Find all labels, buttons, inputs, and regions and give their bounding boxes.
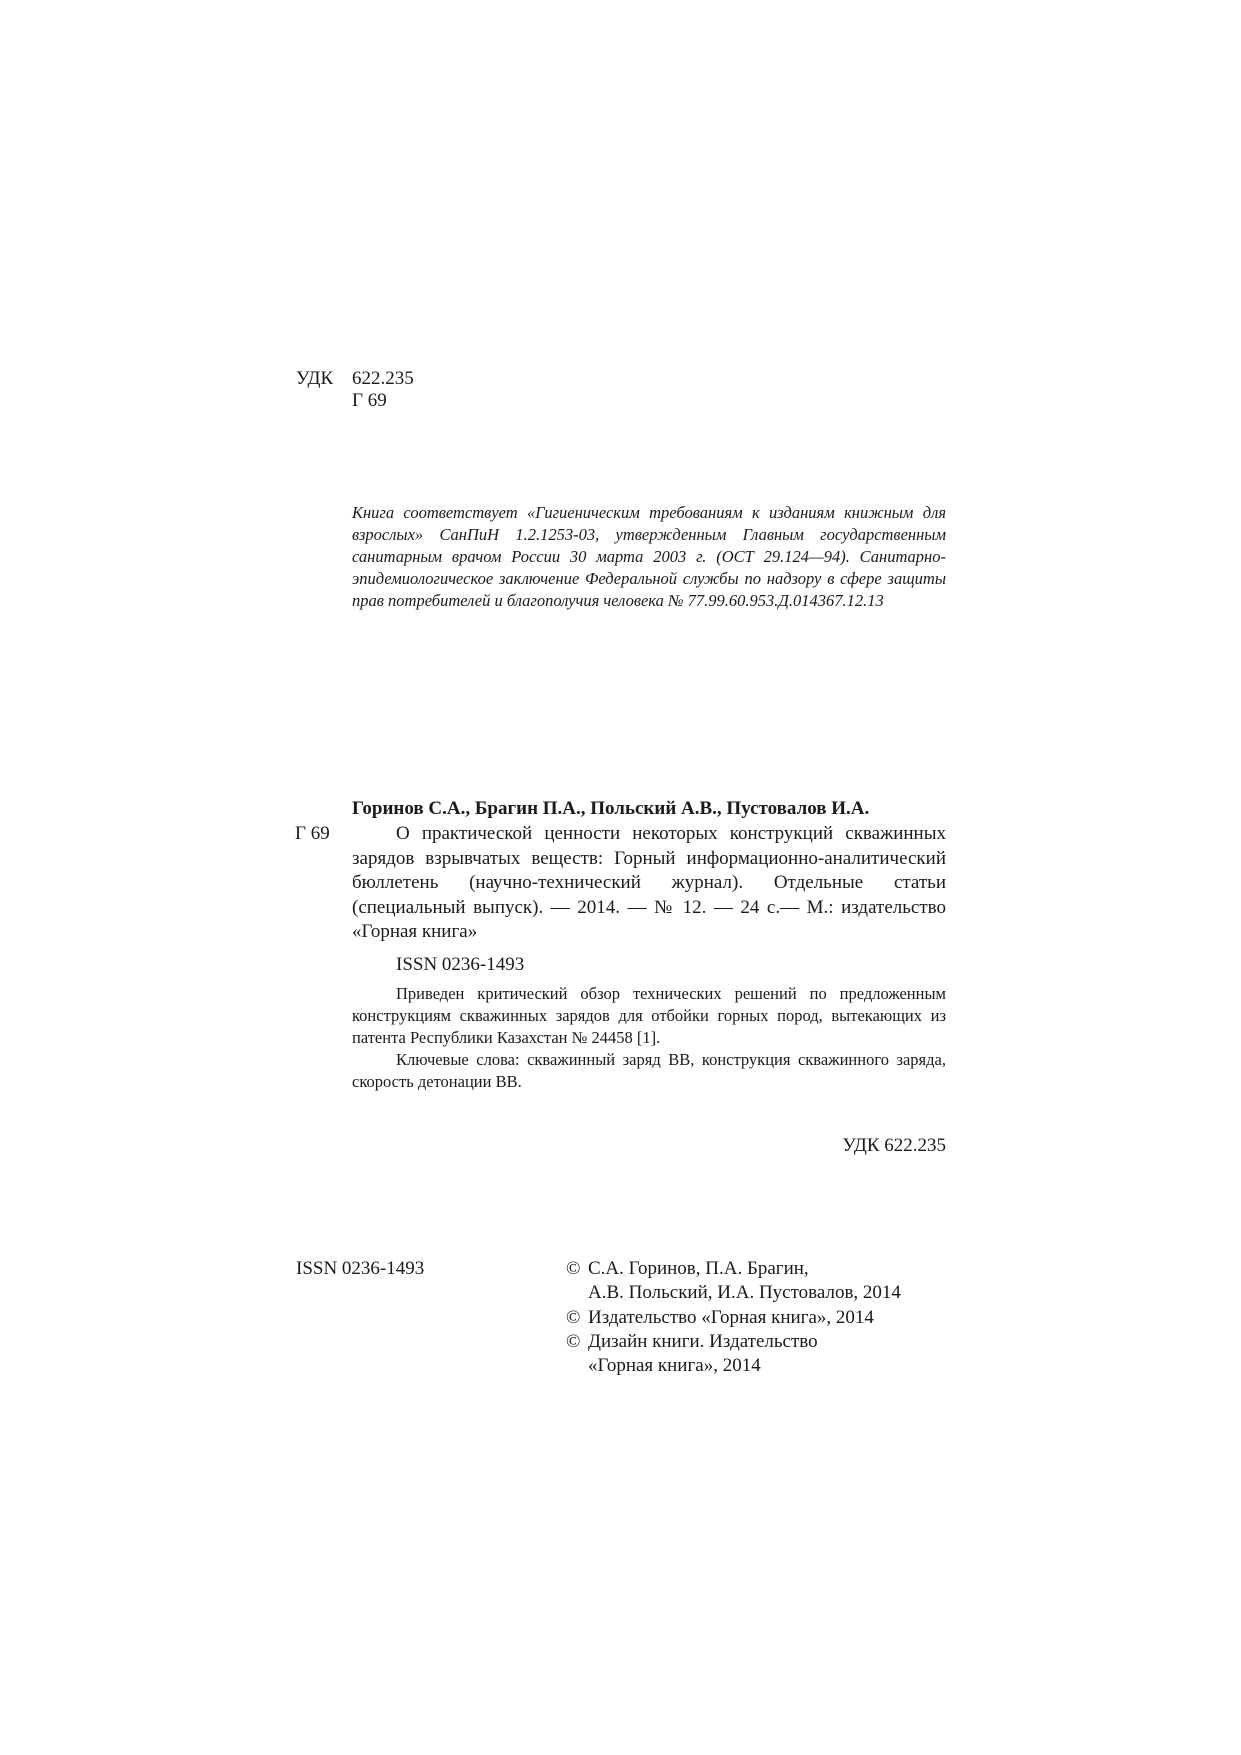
catalog-abstract: Приведен критический обзор технических р… — [352, 983, 946, 1093]
abstract-text: Приведен критический обзор технических р… — [352, 983, 946, 1049]
udk-label: УДК — [296, 368, 352, 390]
udk-code: 622.235 — [352, 368, 414, 389]
copyright-text: Дизайн книги. Издательство «Горная книга… — [588, 1330, 818, 1379]
copyright-text: С.А. Горинов, П.А. Брагин, А.В. Польский… — [588, 1257, 901, 1306]
copyright-item: © Издательство «Горная книга», 2014 — [566, 1306, 901, 1330]
copyright-item: © С.А. Горинов, П.А. Брагин, А.В. Польск… — [566, 1257, 901, 1306]
catalog-authors: Горинов С.А., Брагин П.А., Польский А.В.… — [352, 797, 869, 821]
copyright-text: Издательство «Горная книга», 2014 — [588, 1306, 874, 1330]
hygiene-notice: Книга соответствует «Гигиеническим требо… — [352, 502, 946, 612]
hygiene-notice-text: Книга соответствует «Гигиеническим требо… — [352, 502, 946, 612]
copyright-icon: © — [566, 1330, 588, 1379]
udk-row: УДК622.235 — [296, 368, 414, 390]
catalog-udk: УДК 622.235 — [842, 1134, 946, 1158]
copyright-block: © С.А. Горинов, П.А. Брагин, А.В. Польск… — [566, 1257, 901, 1378]
copyright-item: © Дизайн книги. Издательство «Горная кни… — [566, 1330, 901, 1379]
copyright-icon: © — [566, 1257, 588, 1306]
udk-header: УДК622.235 Г 69 — [296, 368, 414, 412]
copyright-icon: © — [566, 1306, 588, 1330]
bibliographic-text: О практической ценности некоторых констр… — [352, 822, 946, 945]
bibliographic-description: О практической ценности некоторых констр… — [352, 822, 946, 945]
footer-issn: ISSN 0236-1493 — [296, 1257, 424, 1281]
catalog-author-mark: Г 69 — [295, 822, 330, 846]
catalog-issn: ISSN 0236-1493 — [396, 953, 524, 977]
keywords-text: Ключевые слова: скважинный заряд ВВ, кон… — [352, 1049, 946, 1093]
author-mark: Г 69 — [296, 390, 414, 412]
